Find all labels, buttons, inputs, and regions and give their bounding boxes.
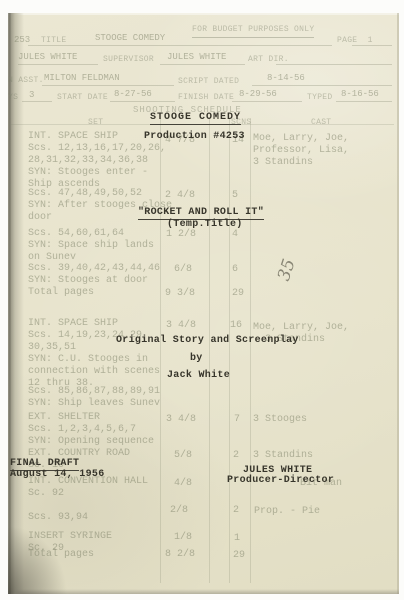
ghost-rule	[110, 101, 175, 102]
ghost-row-scns: 2	[233, 505, 239, 517]
ghost-start-date-label: START DATE	[57, 92, 108, 104]
ghost-finish-date-label: FINISH DATE	[178, 92, 234, 104]
ghost-supervisor-label: SUPERVISOR	[103, 54, 154, 66]
ghost-typed-label: TYPED	[307, 92, 333, 104]
ghost-script-dated-value: 8-14-56	[267, 72, 305, 84]
ghost-row-pages: 2 4/8	[165, 190, 195, 202]
ghost-row-set: Total pages	[28, 549, 94, 561]
ghost-script-dated-label: SCRIPT DATED	[178, 76, 239, 88]
ghost-title-value: STOOGE COMEDY	[95, 32, 165, 44]
ghost-row-scns: 1	[234, 533, 240, 545]
ghost-row-scns: 29	[232, 288, 244, 300]
ghost-rule	[22, 101, 52, 102]
ghost-row-scns: 2	[233, 450, 239, 462]
ghost-start-date-value: 8-27-56	[114, 88, 152, 100]
ghost-rule	[276, 64, 392, 65]
ghost-row-pages: 1/8	[174, 532, 192, 544]
cover-temp-title-note: (Temp.Title)	[167, 219, 243, 230]
ghost-row-pages: 4/8	[174, 478, 192, 490]
ghost-row-set: Scs. 54,60,61,64 SYN: Space ship lands o…	[28, 228, 154, 264]
ghost-rule	[28, 45, 332, 46]
ghost-rule	[336, 101, 392, 102]
ghost-row-pages: 8 2/8	[165, 549, 195, 561]
ghost-row-cast: Moe, Larry, Joe, Professor, Lisa, 3 Stan…	[253, 133, 349, 169]
cover-credit-line: Original Story and Screenplay	[116, 335, 299, 346]
ghost-rule	[160, 64, 245, 65]
ghost-column-rule	[250, 118, 251, 583]
ghost-row-cast: Prop. - Pie	[254, 506, 320, 518]
ghost-column-rule	[229, 118, 230, 583]
ghost-row-scns: 7	[234, 414, 240, 426]
cover-series-title: STOOGE COMEDY	[150, 112, 241, 125]
paper-right-edge	[397, 13, 399, 594]
ghost-row-set: Scs. 39,40,42,43,44,46 SYN: Stooges at d…	[28, 263, 160, 287]
ghost-asst-label: N ASST.	[8, 75, 44, 87]
ghost-column-header-set: SET	[88, 117, 103, 129]
ghost-days-label: YS	[8, 92, 18, 104]
cover-draft-date: August 14, 1956	[10, 469, 105, 480]
ghost-row-set: INT. SPACE SHIP Scs. 14,19,23,24,29, 30,…	[28, 318, 160, 390]
ghost-row-scns: 4	[232, 229, 238, 241]
ghost-rule	[42, 85, 174, 86]
ghost-row-set: EXT. SHELTER Scs. 1,2,3,4,5,6,7 SYN: Ope…	[28, 412, 154, 448]
ghost-rule	[232, 101, 302, 102]
cover-production-number: Production #4253	[144, 131, 245, 142]
ghost-row-pages: 2/8	[170, 505, 188, 517]
ghost-row-pages: 3 4/8	[166, 320, 196, 332]
ghost-art-dir-label: ART DIR.	[248, 54, 289, 66]
ghost-row-set: Total pages	[28, 287, 94, 299]
ghost-row-pages: 6/8	[174, 264, 192, 276]
ghost-row-cast: 3 Stooges	[253, 414, 307, 426]
ghost-page-field: PAGE 1	[337, 35, 373, 47]
ghost-column-rule	[209, 118, 210, 583]
ghost-row-pages: 5/8	[174, 450, 192, 462]
ghost-row-scns: 29	[233, 550, 245, 562]
ghost-row-scns: 16	[230, 320, 242, 332]
scanned-script-cover-page: FOR BUDGET PURPOSES ONLY PAGE 1 253 TITL…	[0, 0, 404, 600]
ghost-rule	[252, 85, 392, 86]
ghost-row-set: Scs. 85,86,87,88,89,91 SYN: Ship leaves …	[28, 386, 160, 410]
ghost-row-pages: 1 2/8	[166, 229, 196, 241]
ghost-typed-value: 8-16-56	[341, 88, 379, 100]
ghost-row-scns: 6	[232, 264, 238, 276]
ghost-row-pages: 3 4/8	[166, 414, 196, 426]
cover-author-name: Jack White	[167, 370, 230, 381]
ghost-supervisor-name: JULES WHITE	[18, 51, 77, 63]
ghost-supervisor-value: JULES WHITE	[167, 51, 226, 63]
cover-by-line: by	[190, 353, 203, 364]
ghost-budget-note: FOR BUDGET PURPOSES ONLY	[192, 24, 314, 38]
paper-top-edge	[8, 13, 399, 15]
ghost-asst-value: MILTON FELDMAN	[44, 72, 120, 84]
ghost-rule	[18, 64, 98, 65]
ghost-row-scns: 5	[232, 190, 238, 202]
ghost-title-label: TITLE	[41, 35, 67, 47]
ghost-row-pages: 9 3/8	[165, 288, 195, 300]
ghost-row-cast: 3 Standins	[253, 450, 313, 462]
ghost-row-set: Scs. 93,94	[28, 512, 88, 524]
ghost-days-value: 3	[29, 89, 34, 101]
ghost-prod-number: 253	[14, 34, 30, 46]
cover-producer-title: Producer-Director	[227, 475, 334, 486]
ghost-finish-date-value: 8-29-56	[239, 88, 277, 100]
ghost-column-header-cast: CAST	[311, 117, 331, 129]
